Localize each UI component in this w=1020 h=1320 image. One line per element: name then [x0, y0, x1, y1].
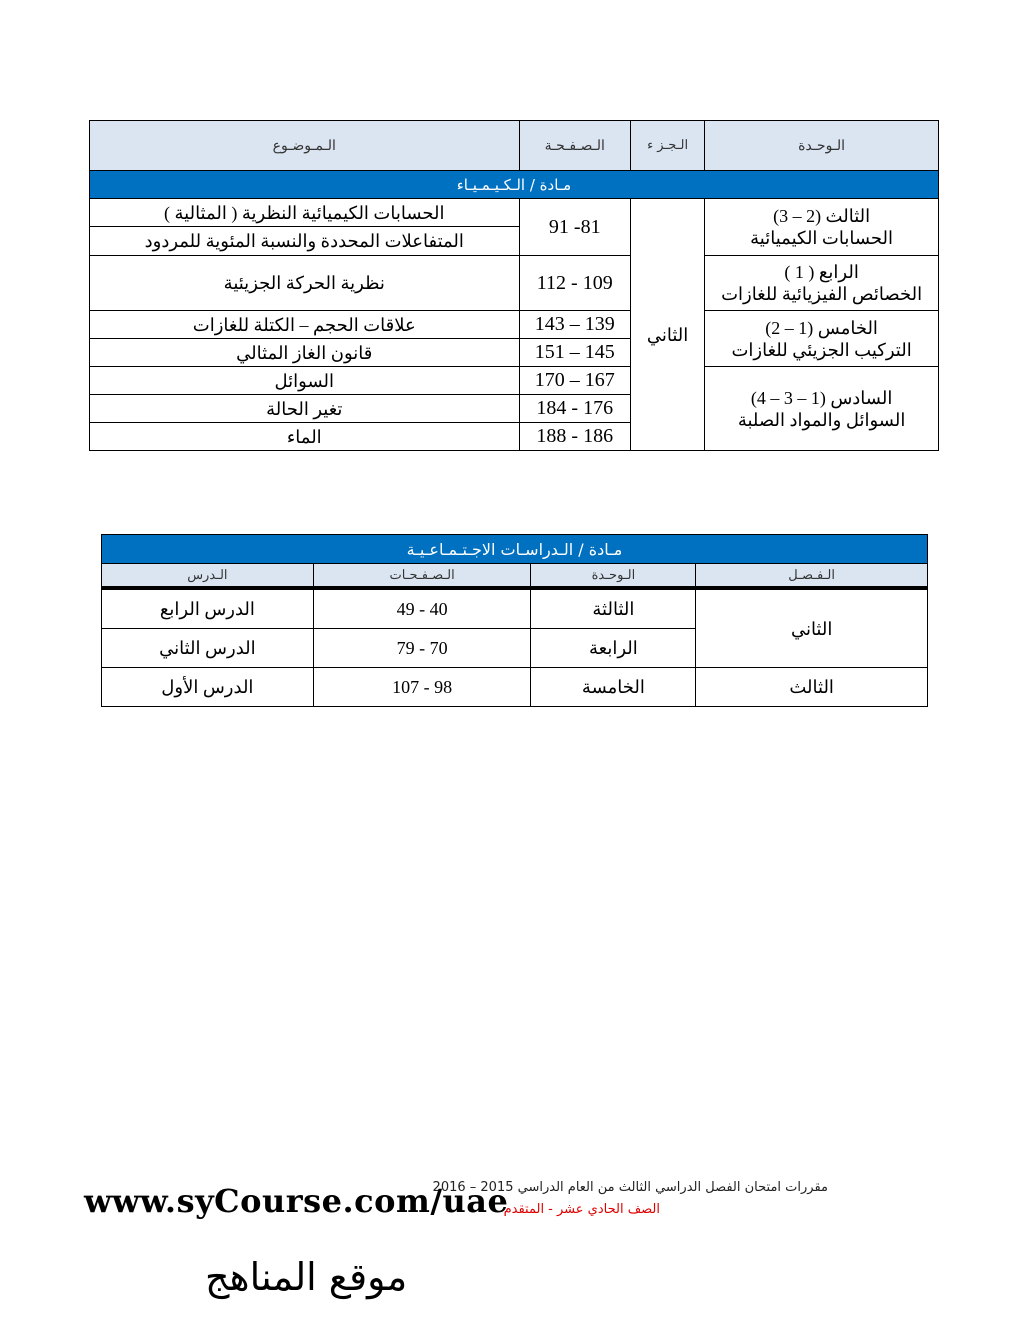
topic-cell: الحسابات الكيميائية النظرية ( المثالية ) [90, 199, 520, 227]
unit-cell: الرابع ( 1 ) الخصائص الفيزيائية للغازات [705, 256, 939, 311]
unit-cell: الخامسة [531, 668, 696, 707]
topic-cell: علاقات الحجم – الكتلة للغازات [90, 311, 520, 339]
unit-title: الخصائص الفيزيائية للغازات [705, 283, 938, 305]
table-row: الثالث (2 – 3) الحسابات الكيميائية الثان… [90, 199, 939, 227]
lesson-cell: الدرس الأول [102, 668, 314, 707]
topic-cell: تغير الحالة [90, 395, 520, 423]
unit-name: السادس (1 – 3 – 4) [705, 387, 938, 409]
pages-cell: 49 - 40 [313, 588, 531, 629]
site-logo-text: موقع المناهج [205, 1255, 407, 1299]
website-watermark[interactable]: www.syCourse.com/uae [84, 1182, 508, 1220]
subject-title: مـادة / الـدراسـات الاجـتـمـاعـيـة [102, 535, 928, 564]
chemistry-table: الـوحـدة الـجـز ء الـصـفـحـة الـمـوضـوع … [89, 120, 939, 451]
page-cell: 112 - 109 [519, 256, 630, 311]
header-unit: الـوحـدة [705, 121, 939, 171]
unit-cell: الرابعة [531, 629, 696, 668]
unit-title: الحسابات الكيميائية [705, 227, 938, 249]
header-pages: الـصـفـحـات [313, 564, 531, 589]
social-subject-bar: مـادة / الـدراسـات الاجـتـمـاعـيـة [102, 535, 928, 564]
page-cell: 151 – 145 [519, 339, 630, 367]
topic-cell: قانون الغاز المثالي [90, 339, 520, 367]
header-semester: الـفـصـل [696, 564, 928, 589]
table-row: الثالث الخامسة 107 - 98 الدرس الأول [102, 668, 928, 707]
unit-cell: السادس (1 – 3 – 4) السوائل والمواد الصلب… [705, 367, 939, 451]
unit-title: التركيب الجزيئي للغازات [705, 339, 938, 361]
unit-name: الثالث (2 – 3) [705, 205, 938, 227]
chemistry-header-row: الـوحـدة الـجـز ء الـصـفـحـة الـمـوضـوع [90, 121, 939, 171]
table-row: الثاني الثالثة 49 - 40 الدرس الرابع [102, 588, 928, 629]
social-studies-table: مـادة / الـدراسـات الاجـتـمـاعـيـة الـفـ… [101, 534, 928, 707]
part-cell: الثاني [630, 199, 704, 451]
pages-cell: 79 - 70 [313, 629, 531, 668]
lesson-cell: الدرس الرابع [102, 588, 314, 629]
topic-cell: السوائل [90, 367, 520, 395]
unit-name: الرابع ( 1 ) [705, 261, 938, 283]
unit-cell: الخامس (1 – 2) التركيب الجزيئي للغازات [705, 311, 939, 367]
table-row: الرابع ( 1 ) الخصائص الفيزيائية للغازات … [90, 256, 939, 311]
chemistry-subject-bar: مـادة / الـكـيـمـيـاء [90, 171, 939, 199]
topic-cell: المتفاعلات المحددة والنسبة المئوية للمرد… [90, 227, 520, 256]
header-unit: الـوحـدة [531, 564, 696, 589]
social-header-row: الـفـصـل الـوحـدة الـصـفـحـات الـدرس [102, 564, 928, 589]
topic-cell: الماء [90, 423, 520, 451]
topic-cell: نظرية الحركة الجزيئية [90, 256, 520, 311]
header-topic: الـمـوضـوع [90, 121, 520, 171]
page-cell: 91 -81 [519, 199, 630, 256]
semester-cell: الثالث [696, 668, 928, 707]
header-part: الـجـز ء [630, 121, 704, 171]
unit-title: السوائل والمواد الصلبة [705, 409, 938, 431]
table-row: السادس (1 – 3 – 4) السوائل والمواد الصلب… [90, 367, 939, 395]
page-cell: 170 – 167 [519, 367, 630, 395]
lesson-cell: الدرس الثاني [102, 629, 314, 668]
subject-title: مـادة / الـكـيـمـيـاء [90, 171, 939, 199]
semester-cell: الثاني [696, 588, 928, 668]
unit-name: الخامس (1 – 2) [705, 317, 938, 339]
header-page: الـصـفـحـة [519, 121, 630, 171]
page-cell: 143 – 139 [519, 311, 630, 339]
page-cell: 188 - 186 [519, 423, 630, 451]
unit-cell: الثالثة [531, 588, 696, 629]
unit-cell: الثالث (2 – 3) الحسابات الكيميائية [705, 199, 939, 256]
header-lesson: الـدرس [102, 564, 314, 589]
table-row: الخامس (1 – 2) التركيب الجزيئي للغازات 1… [90, 311, 939, 339]
pages-cell: 107 - 98 [313, 668, 531, 707]
page-cell: 184 - 176 [519, 395, 630, 423]
